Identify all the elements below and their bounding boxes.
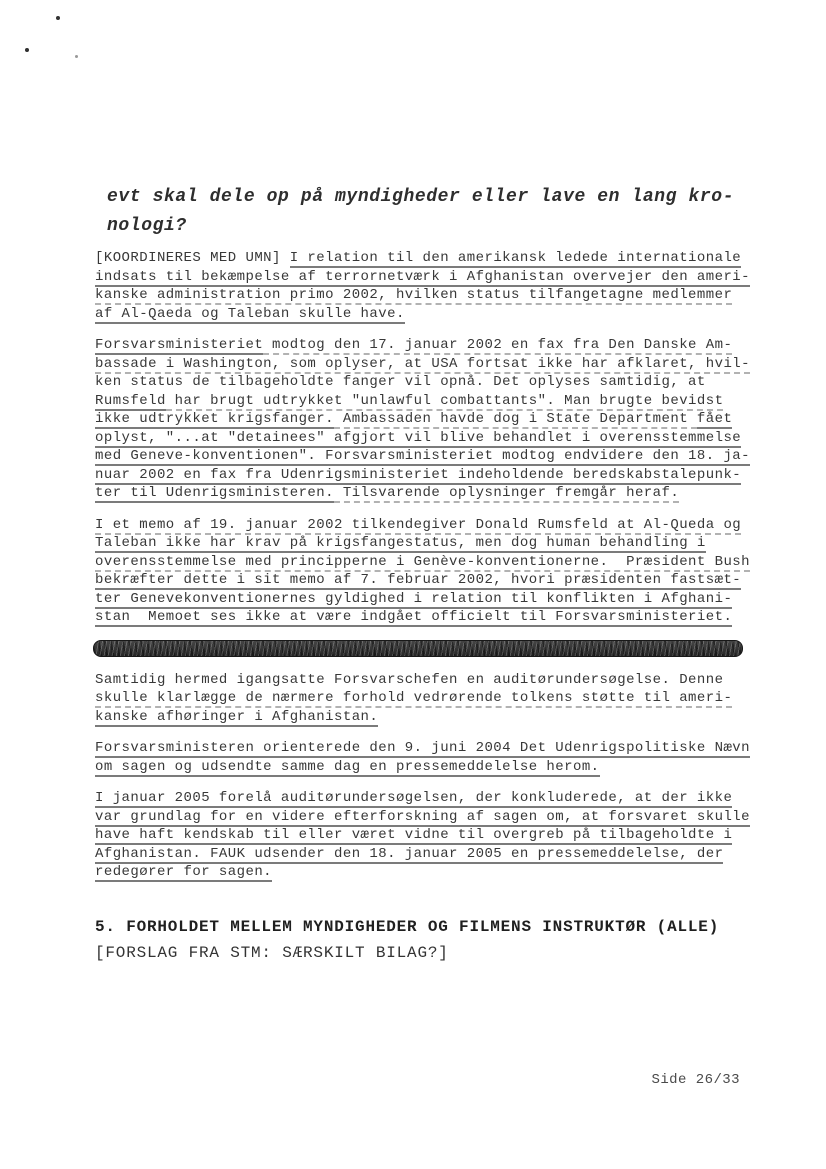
paragraph: I januar 2005 forelå auditørundersøgelse… — [95, 789, 795, 882]
text-line: kanske afhøringer i Afghanistan. — [95, 708, 795, 727]
underlined-text: om sagen og udsendte samme dag en presse… — [95, 759, 600, 777]
underlined-text: Forsvarsministeren orienterede den 9. ju… — [95, 740, 750, 758]
underlined-text: Taleban ikke har krav på krigsfangestatu… — [95, 535, 706, 553]
text-line: indsats til bekæmpelse af terrornetværk … — [95, 268, 795, 287]
text-line: Rumsfeld har brugt udtrykket "unlawful c… — [95, 392, 795, 411]
underlined-text: Rumsfeld — [95, 393, 166, 411]
underlined-text: nuar 2002 en fax fra Udenrigsministeriet… — [95, 467, 741, 485]
plain-text: Samtidig hermed igangsatte Forsvarschefe… — [95, 672, 723, 688]
paragraph: Forsvarsministeren orienterede den 9. ju… — [95, 739, 795, 776]
text-line: ter Genevekonventionernes gyldighed i re… — [95, 590, 795, 609]
heading-line: evt skal dele op på myndigheder eller la… — [107, 183, 795, 212]
section-subtitle: [FORSLAG FRA STM: SÆRSKILT BILAG?] — [95, 940, 795, 966]
underlined-text: af Al-Qaeda og Taleban skulle have. — [95, 306, 405, 324]
underlined-text: Ambassaden havde dog i State Department — [334, 411, 697, 429]
text-line: med Geneve-konventionen". Forsvarsminist… — [95, 447, 795, 466]
scan-speck — [56, 16, 60, 20]
blocks-container: [KOORDINERES MED UMN] I relation til den… — [95, 249, 795, 882]
text-line: have haft kendskab til eller været vidne… — [95, 826, 795, 845]
text-line: nuar 2002 en fax fra Udenrigsministeriet… — [95, 466, 795, 485]
text-line: Forsvarsministeren orienterede den 9. ju… — [95, 739, 795, 758]
paragraph: Samtidig hermed igangsatte Forsvarschefe… — [95, 671, 795, 727]
page-number: Side 26/33 — [651, 1071, 740, 1089]
typewriter-heading: evt skal dele op på myndigheder eller la… — [95, 183, 795, 241]
underlined-text: skulle klarlægge de nærmere forhold vedr… — [95, 690, 732, 708]
underlined-text: indsats til bekæmpelse af terrornetværk … — [95, 269, 750, 287]
text-line: Taleban ikke har krav på krigsfangestatu… — [95, 534, 795, 553]
text-line: kanske administration primo 2002, hvilke… — [95, 286, 795, 305]
underlined-text: Forsvarsministeriet — [95, 337, 263, 355]
redaction-bar — [93, 640, 743, 657]
text-line: af Al-Qaeda og Taleban skulle have. — [95, 305, 795, 324]
section-heading-block: 5. FORHOLDET MELLEM MYNDIGHEDER OG FILME… — [95, 914, 795, 966]
text-line: bassade i Washington, som oplyser, at US… — [95, 355, 795, 374]
text-line: Afghanistan. FAUK udsender den 18. janua… — [95, 845, 795, 864]
underlined-text: har brugt udtrykket "unlawful combattant… — [166, 393, 724, 411]
scan-speck — [75, 55, 78, 58]
text-line: Forsvarsministeriet modtog den 17. janua… — [95, 336, 795, 355]
paragraph: [KOORDINERES MED UMN] I relation til den… — [95, 249, 795, 323]
body-column: evt skal dele op på myndigheder eller la… — [95, 183, 795, 966]
text-line: ter til Udenrigsministeren. Tilsvarende … — [95, 484, 795, 503]
text-line: ikke udtrykket krigsfanger. Ambassaden h… — [95, 410, 795, 429]
underlined-text: ikke udtrykket krigsfanger. — [95, 411, 334, 429]
text-line: overensstemmelse med principperne i Genè… — [95, 553, 795, 572]
underlined-text: have haft kendskab til eller været vidne… — [95, 827, 732, 845]
underlined-text: redegører for sagen. — [95, 864, 272, 882]
underlined-text: var grundlag for en videre efterforsknin… — [95, 809, 750, 827]
text-line: bekræfter dette i sit memo af 7. februar… — [95, 571, 795, 590]
scan-speck — [25, 48, 29, 52]
underlined-text: kanske administration primo 2002, hvilke… — [95, 287, 732, 305]
text-line: oplyst, "...at "detainees" afgjort vil b… — [95, 429, 795, 448]
text-line: [KOORDINERES MED UMN] I relation til den… — [95, 249, 795, 268]
underlined-text: ter Genevekonventionernes gyldighed i re… — [95, 591, 732, 609]
plain-text: [KOORDINERES MED UMN] — [95, 250, 290, 266]
underlined-text: overensstemmelse med principperne i Genè… — [95, 554, 750, 572]
document-page: evt skal dele op på myndigheder eller la… — [0, 0, 826, 1169]
text-line: Samtidig hermed igangsatte Forsvarschefe… — [95, 671, 795, 690]
plain-text: ken status de tilbageholdte fanger vil o… — [95, 374, 706, 390]
underlined-text: I relation til den amerikansk ledede int… — [290, 250, 741, 268]
underlined-text: bassade i Washington, som oplyser, at US… — [95, 356, 750, 374]
text-line: skulle klarlægge de nærmere forhold vedr… — [95, 689, 795, 708]
text-line: I et memo af 19. januar 2002 tilkendegiv… — [95, 516, 795, 535]
underlined-text: bekræfter dette i sit memo af 7. februar… — [95, 572, 741, 590]
text-line: redegører for sagen. — [95, 863, 795, 882]
section-heading: 5. FORHOLDET MELLEM MYNDIGHEDER OG FILME… — [95, 914, 795, 940]
underlined-text: oplyst, "...at "detainees" afgjort vil b… — [95, 430, 741, 448]
underlined-text: kanske afhøringer i Afghanistan. — [95, 709, 378, 727]
text-line: I januar 2005 forelå auditørundersøgelse… — [95, 789, 795, 808]
underlined-text: Afghanistan. FAUK udsender den 18. janua… — [95, 846, 723, 864]
heading-line: nologi? — [107, 212, 795, 241]
underlined-text: ter til Udenrigsministeren. — [95, 485, 334, 503]
underlined-text: med Geneve-konventionen". Forsvarsminist… — [95, 448, 750, 466]
text-line: ken status de tilbageholdte fanger vil o… — [95, 373, 795, 392]
underlined-text: Tilsvarende oplysninger fremgår heraf. — [334, 485, 679, 503]
text-line: var grundlag for en videre efterforsknin… — [95, 808, 795, 827]
text-line: om sagen og udsendte samme dag en presse… — [95, 758, 795, 777]
paragraph: I et memo af 19. januar 2002 tilkendegiv… — [95, 516, 795, 627]
underlined-text: I januar 2005 forelå auditørundersøgelse… — [95, 790, 732, 808]
text-line: stan Memoet ses ikke at være indgået off… — [95, 608, 795, 627]
paragraph: Forsvarsministeriet modtog den 17. janua… — [95, 336, 795, 503]
underlined-text: modtog den 17. januar 2002 en fax fra De… — [263, 337, 732, 355]
underlined-text: fået — [697, 411, 732, 429]
underlined-text: stan Memoet ses ikke at være indgået off… — [95, 609, 732, 627]
underlined-text: I et memo af 19. januar 2002 tilkendegiv… — [95, 517, 741, 535]
